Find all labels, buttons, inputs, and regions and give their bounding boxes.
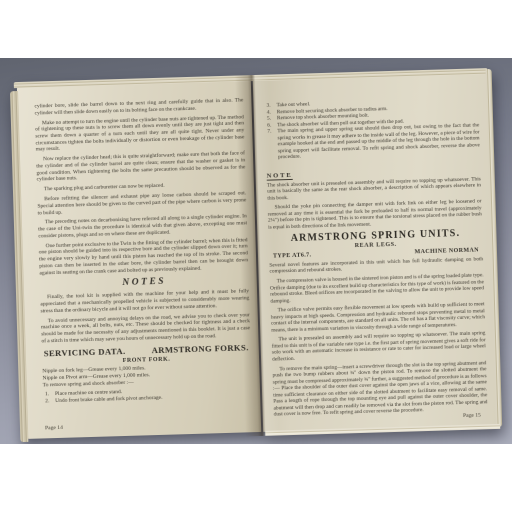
paragraph: The compression valve is housed in the s… [270, 272, 485, 304]
paragraph: Finally, the tool kit is supplied with t… [40, 289, 250, 315]
photo-of-open-manual: cylinder bore, slide the barrel down to … [0, 0, 512, 512]
page-number-left: Page 14 [45, 425, 63, 432]
step-text: The main spring and upper spring seat sh… [277, 122, 480, 160]
paragraph: The shock absorber unit is presealed on … [267, 176, 481, 202]
right-page-side-sheet-edges [486, 69, 503, 427]
right-page: 3. Take out wheel. 4. Remove bolt securi… [253, 73, 497, 432]
step-number: 2. [43, 398, 55, 405]
open-booklet: cylinder bore, slide the barrel down to … [17, 73, 497, 439]
paragraph: To avoid unnecessary and annoying delays… [41, 312, 251, 345]
paragraph: Should the yoke pin connecting the dampe… [267, 199, 482, 231]
left-page-sheet-edges [10, 91, 28, 442]
left-page: cylinder bore, slide the barrel down to … [17, 80, 261, 439]
removal-steps-3-7: 3. Take out wheel. 4. Remove bolt securi… [264, 96, 480, 161]
list-item: 7. The main spring and upper spring seat… [265, 122, 480, 161]
left-page-content: cylinder bore, slide the barrel down to … [34, 97, 252, 407]
left-page-top-sheet-edges [14, 75, 252, 88]
paragraph: Now replace the cylinder head; this is q… [36, 151, 246, 184]
right-page-bottom-sheet-edges [265, 424, 500, 436]
paragraph: Before refitting the silencer and exhaus… [37, 190, 247, 216]
right-page-top-sheet-edges [250, 68, 488, 81]
type-label: TYPE AT6.7. [273, 253, 312, 260]
table-surface: cylinder bore, slide the barrel down to … [0, 58, 512, 444]
paragraph: One further point exclusive to the Twin … [39, 237, 249, 277]
paragraph: To remove the main spring—insert a screw… [272, 360, 487, 418]
servicing-data-heading-right: ARMSTRONG FORKS. [151, 343, 248, 356]
removal-steps-1-2: 1. Place machine on centre stand. 2. Und… [43, 385, 252, 405]
paragraph: The orifice valve permits easy flexible … [271, 302, 486, 334]
service-lines: Nipple on fork leg—Grease every 1,000 mi… [42, 363, 252, 389]
paragraph: The preceding notes on decarbonising hav… [38, 214, 248, 240]
servicing-data-heading-left: SERVICING DATA. [44, 346, 126, 358]
paragraph: Make no attempt to turn the engine until… [35, 114, 245, 154]
right-page-content: 3. Take out wheel. 4. Remove bolt securi… [264, 96, 487, 421]
machine-label: MACHINE NORMAN [414, 248, 479, 256]
paragraph: The unit is presealed on assembly and wi… [271, 331, 486, 363]
page-number-right: Page 15 [463, 412, 481, 419]
